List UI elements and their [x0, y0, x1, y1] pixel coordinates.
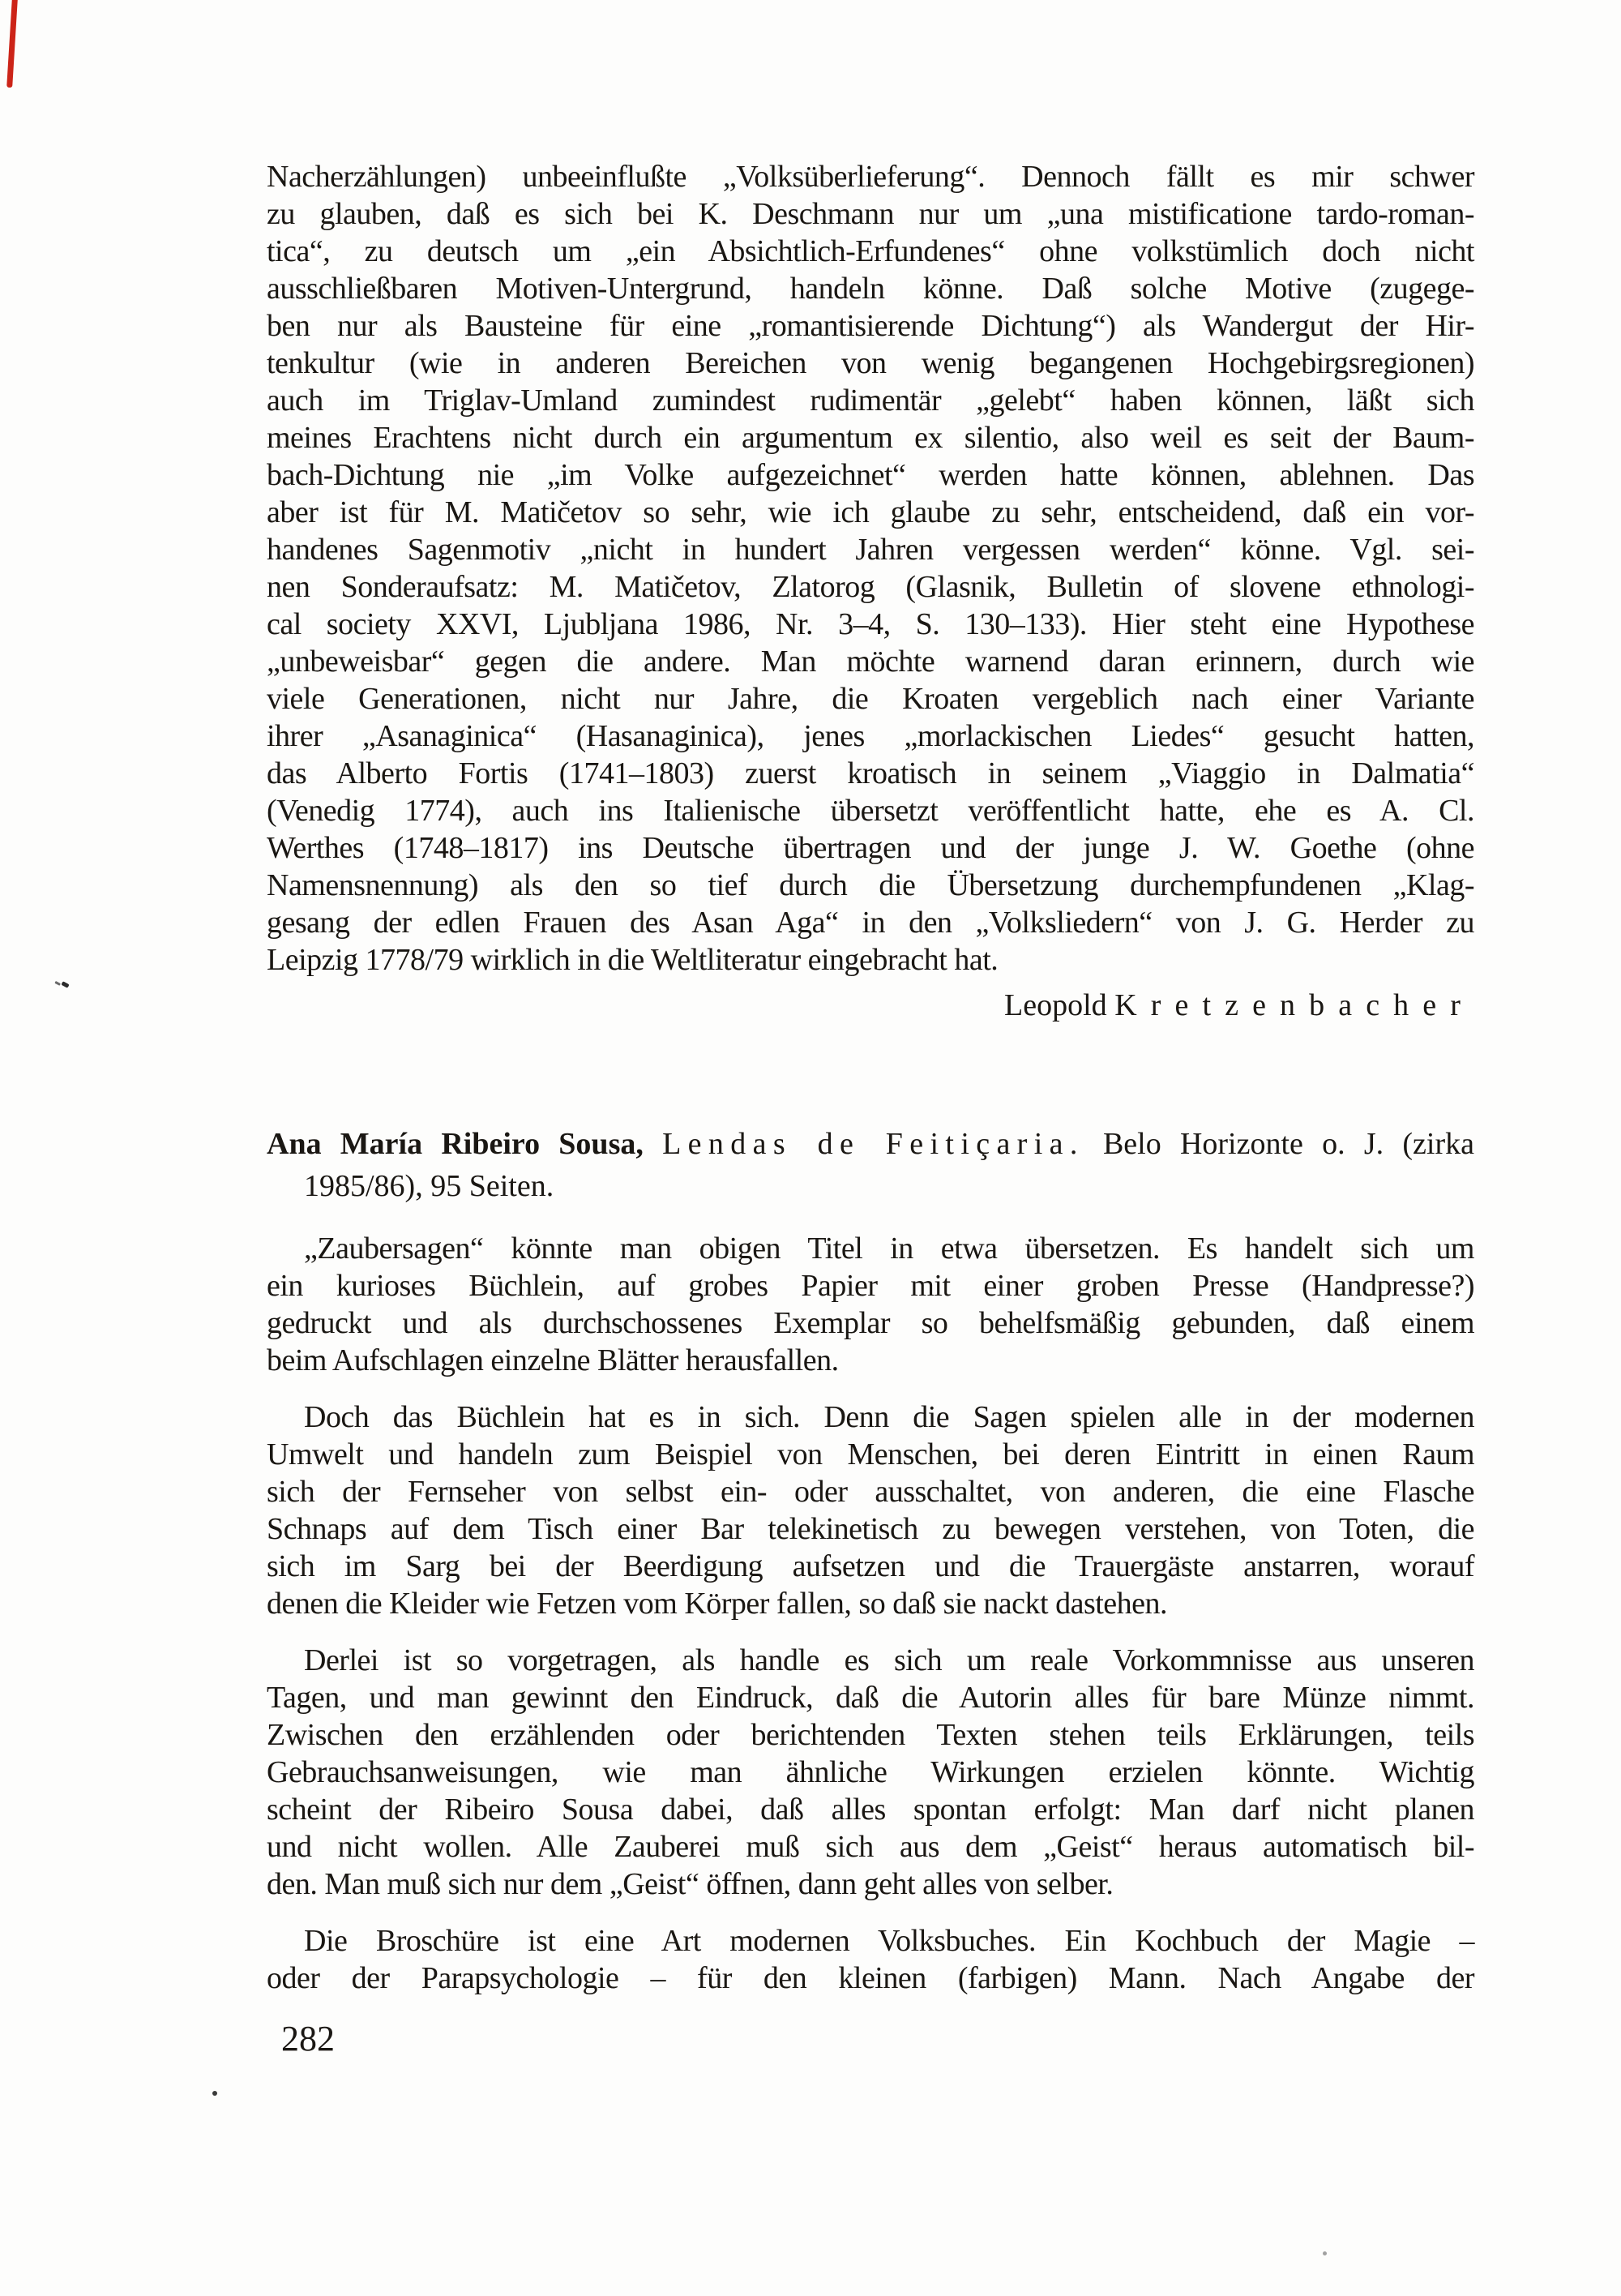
text-line: und nicht wollen. Alle Zauberei muß sich…: [267, 1828, 1474, 1865]
text-line: cal society XXVI, Ljubljana 1986, Nr. 3–…: [267, 606, 1474, 643]
text-line: meines Erachtens nicht durch ein argumen…: [267, 419, 1474, 456]
text-line: (Venedig 1774), auch ins Italienische üb…: [267, 792, 1474, 829]
text-line: aber ist für M. Matičetov so sehr, wie i…: [267, 494, 1474, 531]
scanned-book-page: Nacherzählungen) unbeeinflußte „Volksübe…: [0, 0, 1621, 2296]
text-line: scheint der Ribeiro Sousa dabei, daß all…: [267, 1791, 1474, 1828]
text-line: Umwelt und handeln zum Beispiel von Mens…: [267, 1436, 1474, 1473]
sousa-review-paragraph-3: Derlei ist so vorgetragen, als handle es…: [267, 1642, 1474, 1903]
text-line: tica“, zu deutsch um „ein Absichtlich-Er…: [267, 233, 1474, 270]
sousa-review-paragraph-1: „Zaubersagen“ könnte man obigen Titel in…: [267, 1230, 1474, 1379]
sousa-review-paragraph-2: Doch das Büchlein hat es in sich. Denn d…: [267, 1399, 1474, 1622]
text-line: beim Aufschlagen einzelne Blätter heraus…: [267, 1342, 1474, 1379]
text-line: gesang der edlen Frauen des Asan Aga“ in…: [267, 904, 1474, 941]
text-line: handenes Sagenmotiv „nicht in hundert Ja…: [267, 531, 1474, 568]
text-line: Die Broschüre ist eine Art modernen Volk…: [267, 1922, 1474, 1960]
red-pen-mark: [6, 0, 18, 88]
text-line: nen Sonderaufsatz: M. Matičetov, Zlatoro…: [267, 568, 1474, 606]
sousa-review-heading: Ana María Ribeiro Sousa, Lendas de Feiti…: [267, 1123, 1474, 1207]
text-line: Namensnennung) als den so tief durch die…: [267, 867, 1474, 904]
text-line: denen die Kleider wie Fetzen vom Körper …: [267, 1585, 1474, 1622]
sousa-review-paragraph-4: Die Broschüre ist eine Art modernen Volk…: [267, 1922, 1474, 1997]
text-line: ein kurioses Büchlein, auf grobes Papier…: [267, 1267, 1474, 1304]
text-line: Schnaps auf dem Tisch einer Bar telekine…: [267, 1510, 1474, 1548]
text-line: Tagen, und man gewinnt den Eindruck, daß…: [267, 1679, 1474, 1716]
page-number: 282: [281, 2020, 335, 2058]
ink-speck: [1323, 2251, 1327, 2255]
text-line: sich der Fernseher von selbst ein- oder …: [267, 1473, 1474, 1510]
reviewer-given-name: Leopold: [1004, 988, 1114, 1022]
text-line: „Zaubersagen“ könnte man obigen Titel in…: [267, 1230, 1474, 1267]
review-book-title: Lendas de Feitiçaria.: [662, 1127, 1084, 1161]
text-line: ben nur als Bausteine für eine „romantis…: [267, 307, 1474, 345]
page-text-block: Nacherzählungen) unbeeinflußte „Volksübe…: [267, 158, 1474, 1997]
text-line: Derlei ist so vorgetragen, als handle es…: [267, 1642, 1474, 1679]
review-imprint: Belo Horizonte o. J. (zirka: [1103, 1127, 1474, 1161]
review-imprint-continued: 1985/86), 95 Seiten.: [304, 1165, 1474, 1207]
text-line: bach-Dichtung nie „im Volke aufgezeichne…: [267, 456, 1474, 494]
text-line: das Alberto Fortis (1741–1803) zuerst kr…: [267, 755, 1474, 792]
text-line: den. Man muß sich nur dem „Geist“ öffnen…: [267, 1865, 1474, 1903]
text-line: Zwischen den erzählenden oder berichtend…: [267, 1716, 1474, 1754]
kretzenbacher-review-closing-paragraph: Nacherzählungen) unbeeinflußte „Volksübe…: [267, 158, 1474, 979]
review-heading-line: Ana María Ribeiro Sousa, Lendas de Feiti…: [267, 1123, 1474, 1165]
text-line: zu glauben, daß es sich bei K. Deschmann…: [267, 195, 1474, 233]
text-line: viele Generationen, nicht nur Jahre, die…: [267, 680, 1474, 717]
ink-speck: [212, 2091, 217, 2096]
text-line: sich im Sarg bei der Beerdigung aufsetze…: [267, 1548, 1474, 1585]
text-line: ausschließbaren Motiven-Untergrund, hand…: [267, 270, 1474, 307]
text-line: gedruckt und als durchschossenes Exempla…: [267, 1304, 1474, 1342]
text-line: „unbeweisbar“ gegen die andere. Man möch…: [267, 643, 1474, 680]
text-line: ihrer „Asanaginica“ (Hasanaginica), jene…: [267, 717, 1474, 755]
text-line: auch im Triglav-Umland zumindest rudimen…: [267, 382, 1474, 419]
text-line: oder der Parapsychologie – für den klein…: [267, 1960, 1474, 1997]
text-line: tenkultur (wie in anderen Bereichen von …: [267, 345, 1474, 382]
text-line: Leipzig 1778/79 wirklich in die Weltlite…: [267, 941, 1474, 979]
reviewer-signature: Leopold Kretzenbacher: [267, 987, 1474, 1024]
text-line: Nacherzählungen) unbeeinflußte „Volksübe…: [267, 158, 1474, 195]
text-line: Doch das Büchlein hat es in sich. Denn d…: [267, 1399, 1474, 1436]
review-author-name: Ana María Ribeiro Sousa,: [267, 1127, 644, 1161]
text-line: Werthes (1748–1817) ins Deutsche übertra…: [267, 829, 1474, 867]
reviewer-surname: Kretzenbacher: [1114, 988, 1474, 1022]
text-line: Gebrauchsanweisungen, wie man ähnliche W…: [267, 1754, 1474, 1791]
ink-speck: [61, 981, 69, 988]
